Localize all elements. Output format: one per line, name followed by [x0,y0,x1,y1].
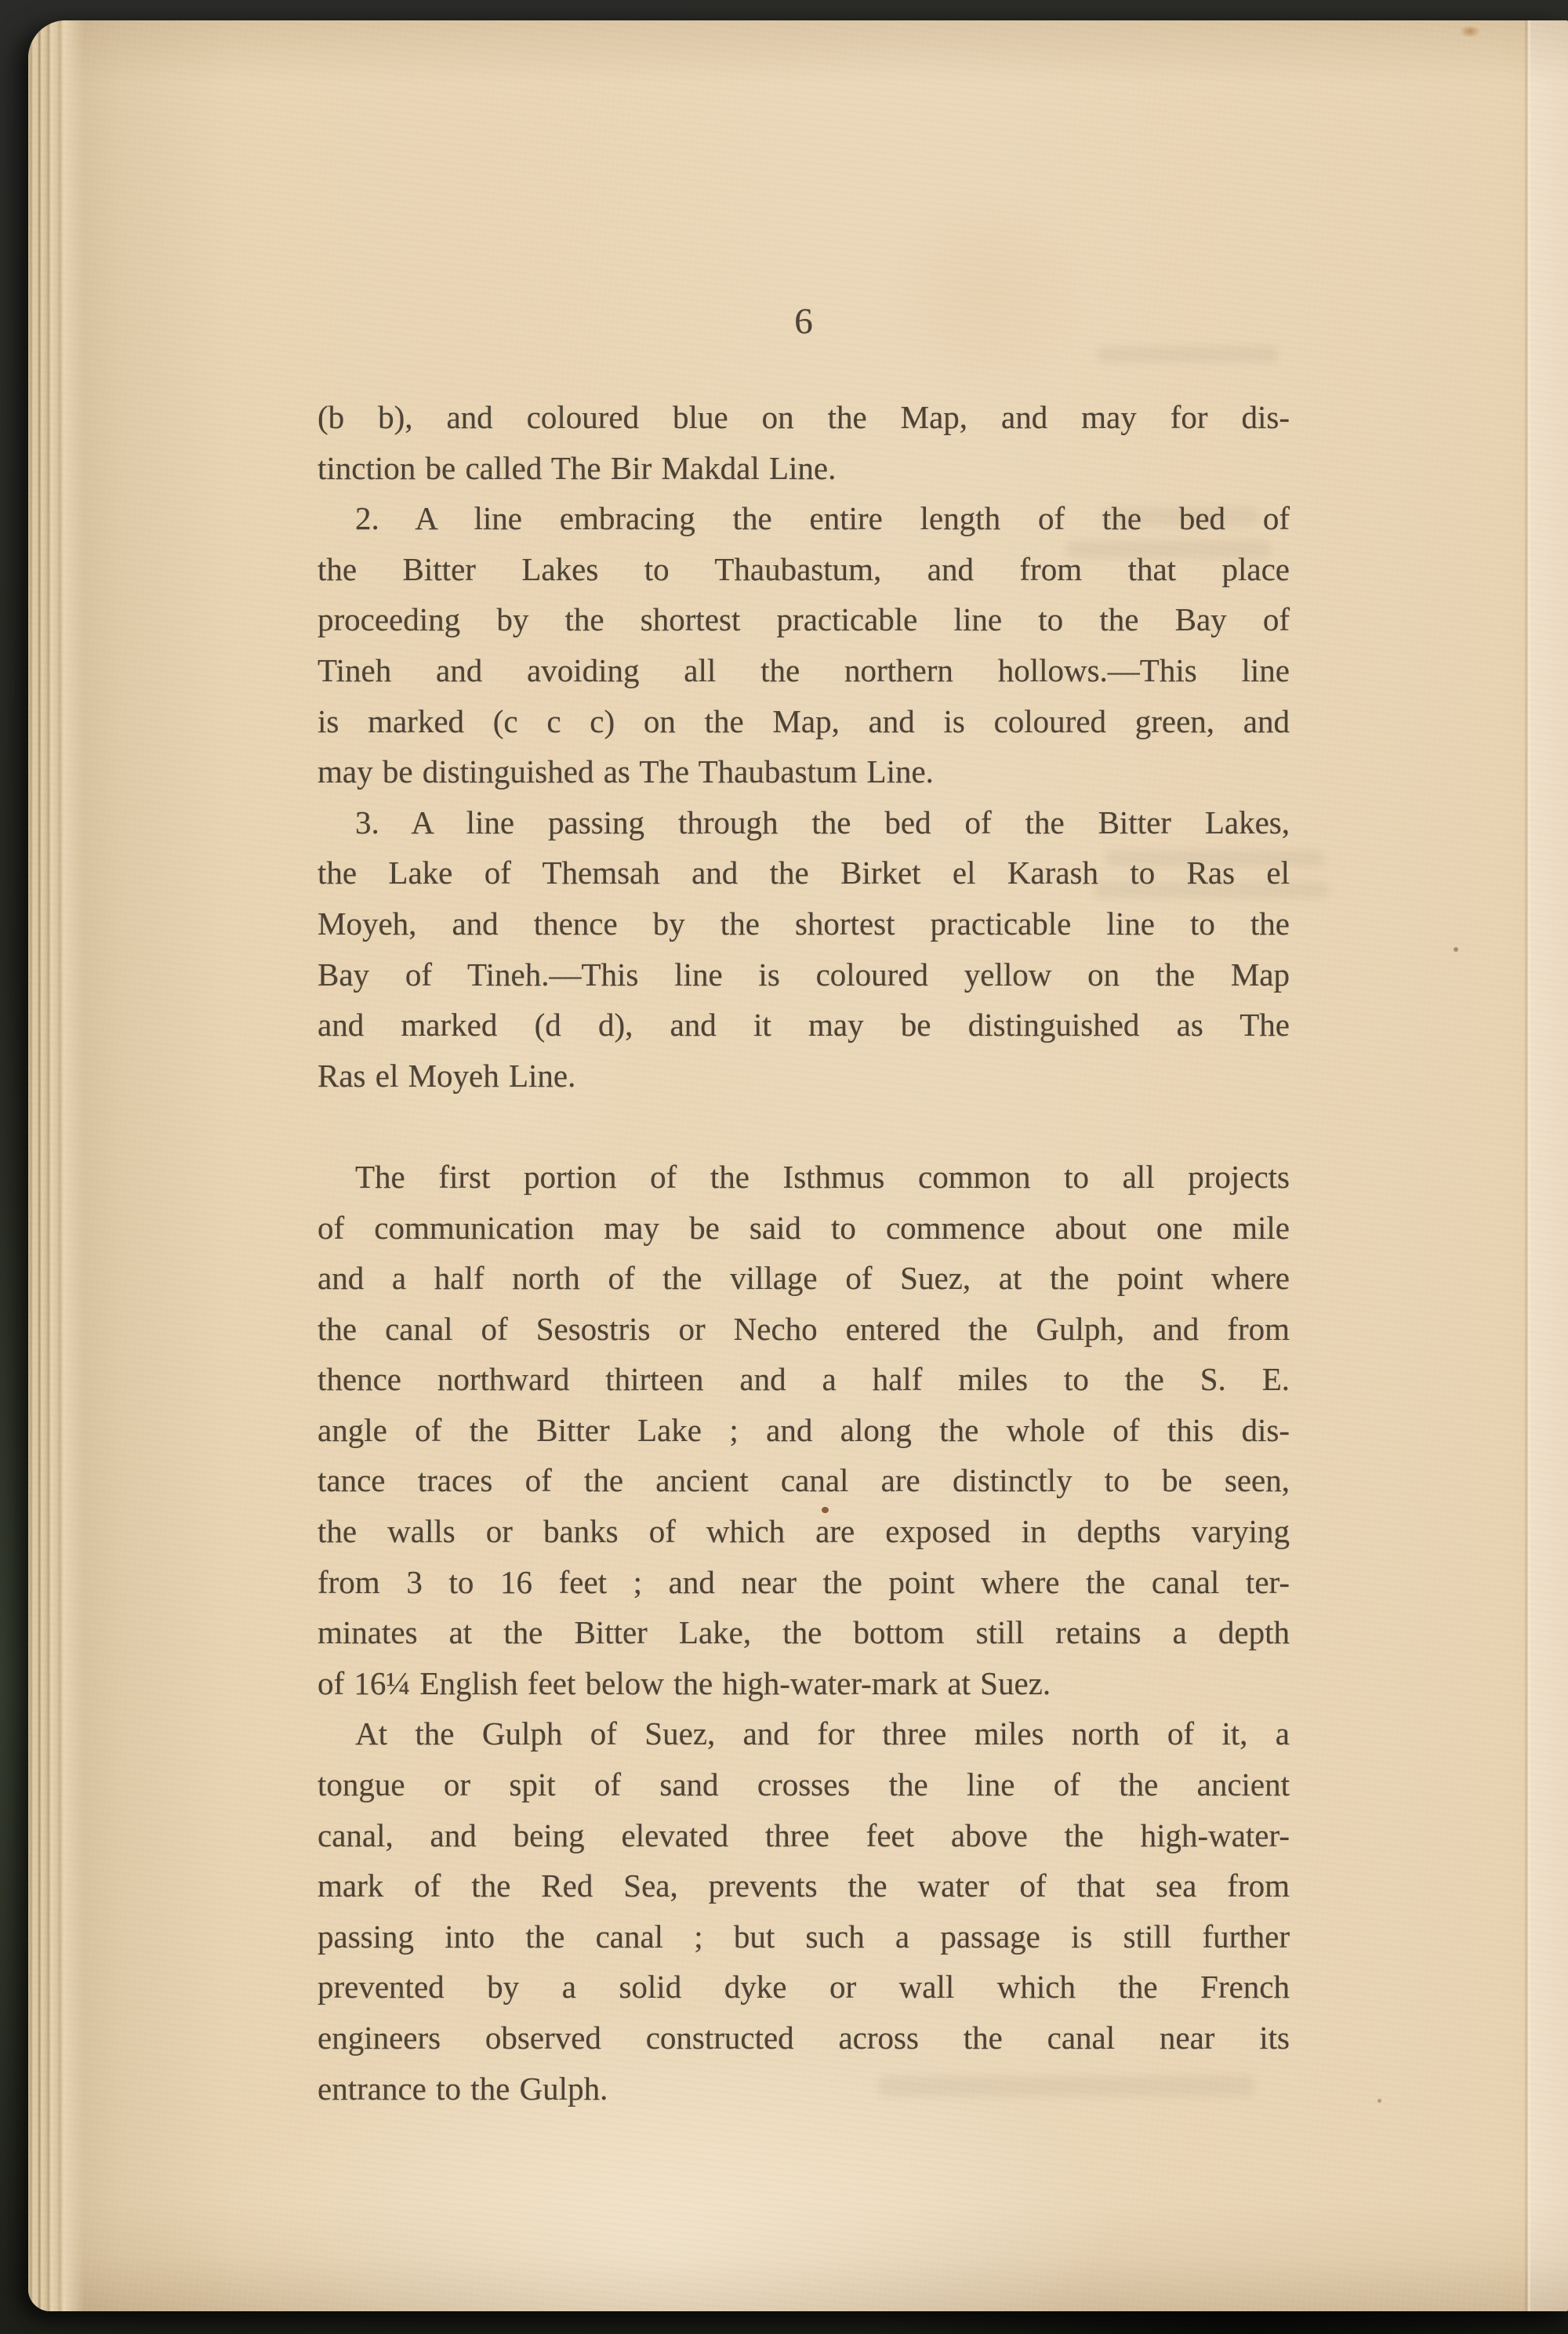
text-line: minates at the Bitter Lake, the bottom s… [318,1607,1290,1658]
text-line: 2. A line embracing the entire length of… [318,493,1290,544]
paragraph: 2. A line embracing the entire length of… [318,493,1290,797]
text-line: tongue or spit of sand crosses the line … [318,1759,1290,1810]
text-line: passing into the canal ; but such a pass… [318,1911,1290,1962]
text-line: thence northward thirteen and a half mil… [318,1354,1290,1405]
paragraph: (b b), and coloured blue on the Map, and… [318,392,1290,493]
ink-speck [1454,947,1458,952]
text-line: At the Gulph of Suez, and for three mile… [318,1708,1290,1759]
text-line: the walls or banks of which are exposed … [318,1506,1290,1557]
paragraph: At the Gulph of Suez, and for three mile… [318,1708,1290,2114]
text-line: Tineh and avoiding all the northern holl… [318,645,1290,696]
text-line: and marked (d d), and it may be distingu… [318,1000,1290,1051]
text-line: canal, and being elevated three feet abo… [318,1810,1290,1861]
text-line: of 16¼ English feet below the high-water… [318,1658,1290,1709]
page-number: 6 [318,298,1290,345]
paragraph: 3. A line passing through the bed of the… [318,797,1290,1102]
page-text: (b b), and coloured blue on the Map, and… [318,392,1290,2114]
text-line: Ras el Moyeh Line. [318,1051,1290,1102]
stain-mark [1460,25,1480,38]
text-line: may be distinguished as The Thaubastum L… [318,746,1290,797]
page-edge-stack [28,20,85,2311]
text-line: (b b), and coloured blue on the Map, and… [318,392,1290,443]
text-line: is marked (c c c) on the Map, and is col… [318,696,1290,747]
text-line: from 3 to 16 feet ; and near the point w… [318,1557,1290,1608]
text-line: Bay of Tineh.—This line is coloured yell… [318,949,1290,1000]
text-line: entrance to the Gulph. [318,2064,1290,2114]
paragraph: The first portion of the Isthmus common … [318,1152,1290,1709]
text-line: proceeding by the shortest practicable l… [318,594,1290,645]
text-line: engineers observed constructed across th… [318,2013,1290,2064]
text-line: tinction be called The Bir Makdal Line. [318,443,1290,494]
text-line: 3. A line passing through the bed of the… [318,797,1290,848]
text-line: the Lake of Themsah and the Birket el Ka… [318,848,1290,898]
page-crease [1524,20,1531,2311]
text-line: the Bitter Lakes to Thaubastum, and from… [318,544,1290,595]
text-line: angle of the Bitter Lake ; and along the… [318,1405,1290,1456]
book-page: 6 (b b), and coloured blue on the Map, a… [28,20,1568,2311]
show-through-mark [1098,347,1278,362]
text-line: Moyeh, and thence by the shortest practi… [318,898,1290,949]
text-line: mark of the Red Sea, prevents the water … [318,1860,1290,1911]
text-line: the canal of Sesostris or Necho entered … [318,1304,1290,1355]
text-line: The first portion of the Isthmus common … [318,1152,1290,1203]
text-line: prevented by a solid dyke or wall which … [318,1962,1290,2013]
text-line: and a half north of the village of Suez,… [318,1253,1290,1304]
text-line: tance traces of the ancient canal are di… [318,1455,1290,1506]
ink-speck [1377,2099,1381,2103]
text-line: of communication may be said to commence… [318,1203,1290,1254]
